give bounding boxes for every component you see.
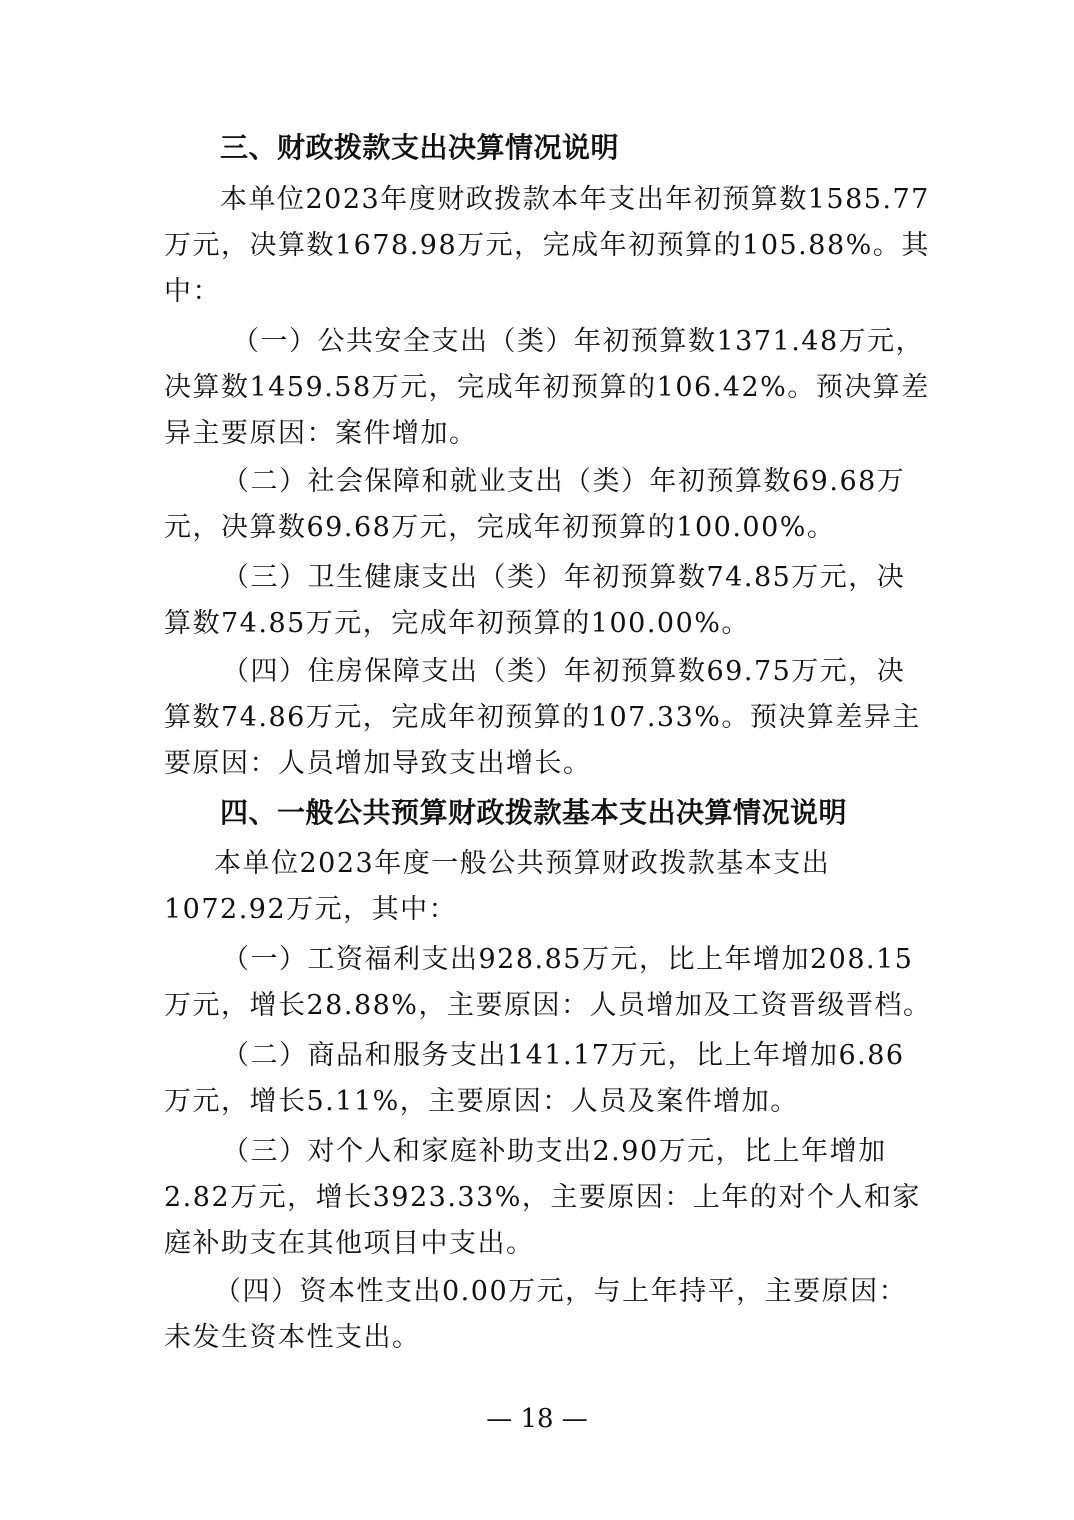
paragraph-line: 2.82万元，增长3923.33%，主要原因：上年的对个人和家: [164, 1181, 921, 1215]
paragraph-line: （一）公共安全支出（类）年初预算数1371.48万元，: [232, 325, 924, 359]
paragraph-line: 万元，增长5.11%，主要原因：人员及案件增加。: [164, 1085, 799, 1119]
paragraph-line: 未发生资本性支出。: [164, 1321, 421, 1355]
section-heading-4: 四、一般公共预算财政拨款基本支出决算情况说明: [220, 796, 847, 830]
paragraph-line: （一）工资福利支出928.85万元，比上年增加208.15: [222, 943, 913, 977]
paragraph-line: 异主要原因：案件增加。: [164, 417, 478, 451]
section-heading-3: 三、财政拨款支出决算情况说明: [220, 131, 619, 165]
paragraph-line: （二）商品和服务支出141.17万元，比上年增加6.86: [222, 1039, 905, 1073]
paragraph-line: 万元，增长28.88%，主要原因：人员增加及工资晋级晋档。: [164, 989, 931, 1023]
paragraph-line: （三）对个人和家庭补助支出2.90万元，比上年增加: [222, 1135, 887, 1169]
paragraph-line: 万元，决算数1678.98万元，完成年初预算的105.88%。其: [164, 229, 930, 263]
page-number: — 18 —: [0, 1402, 1074, 1436]
paragraph-line: 算数74.86万元，完成年初预算的107.33%。预决算差异主: [164, 701, 921, 735]
paragraph-line: （二）社会保障和就业支出（类）年初预算数69.68万: [222, 465, 905, 499]
paragraph-line: 本单位2023年度财政拨款本年支出年初预算数1585.77: [220, 183, 930, 217]
paragraph-line: 决算数1459.58万元，完成年初预算的106.42%。预决算差: [164, 371, 930, 405]
paragraph-line: 要原因：人员增加导致支出增长。: [164, 747, 592, 781]
paragraph-line: （四）资本性支出0.00万元，与上年持平，主要原因：: [214, 1275, 907, 1309]
paragraph-line: （四）住房保障支出（类）年初预算数69.75万元，决: [222, 655, 905, 689]
document-page: 三、财政拨款支出决算情况说明 本单位2023年度财政拨款本年支出年初预算数158…: [0, 0, 1074, 1520]
paragraph-line: 庭补助支在其他项目中支出。: [164, 1227, 535, 1261]
paragraph-line: 元，决算数69.68万元，完成年初预算的100.00%。: [164, 511, 835, 545]
paragraph-line: 中：: [164, 275, 221, 309]
paragraph-line: 1072.92万元，其中：: [164, 893, 457, 927]
paragraph-line: （三）卫生健康支出（类）年初预算数74.85万元，决: [222, 561, 905, 595]
paragraph-line: 算数74.85万元，完成年初预算的100.00%。: [164, 607, 750, 641]
paragraph-line: 本单位2023年度一般公共预算财政拨款基本支出: [214, 847, 830, 881]
